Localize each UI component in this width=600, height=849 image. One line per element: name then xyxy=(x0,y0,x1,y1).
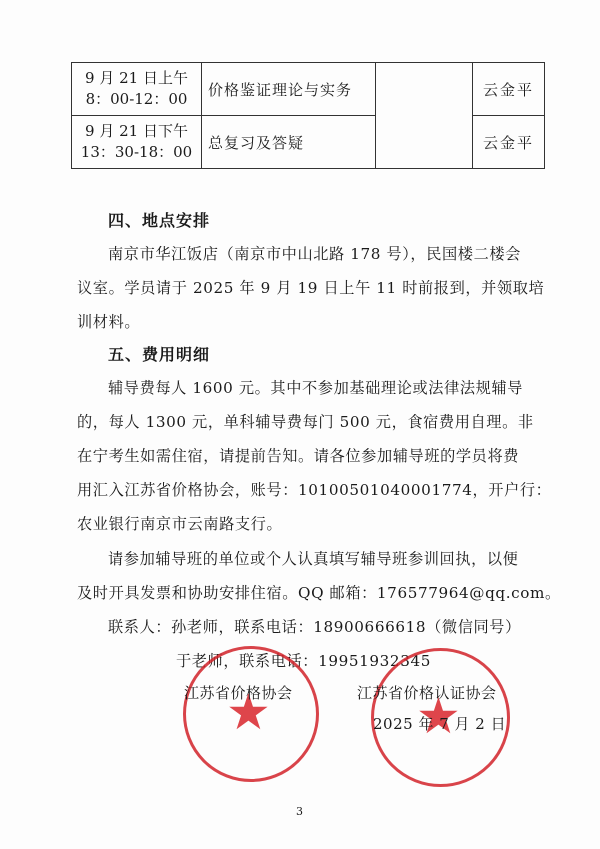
page-number: 3 xyxy=(296,805,303,818)
section-heading-fees: 五、费用明细 xyxy=(108,342,210,365)
table-row: 9 月 21 日下午 13：30-18：00 总复习及答疑 云金平 xyxy=(72,116,545,169)
section-heading-location: 四、地点安排 xyxy=(108,208,210,231)
time-cell: 9 月 21 日下午 13：30-18：00 xyxy=(72,116,202,169)
teacher-cell: 云金平 xyxy=(473,63,545,116)
teacher-cell: 云金平 xyxy=(473,116,545,169)
course-cell: 价格鉴证理论与实务 xyxy=(202,63,376,116)
schedule-table: 9 月 21 日上午 8：00-12：00 价格鉴证理论与实务 云金平 9 月 … xyxy=(71,62,545,169)
location-line: 训材料。 xyxy=(77,311,140,332)
signature-date: 2025 年 7 月 2 日 xyxy=(373,713,506,734)
signature-org-1: 江苏省价格协会 xyxy=(184,682,293,703)
table-row: 9 月 21 日上午 8：00-12：00 价格鉴证理论与实务 云金平 xyxy=(72,63,545,116)
time-date: 9 月 21 日下午 xyxy=(72,121,201,142)
fee-line: 用汇入江苏省价格协会，账号：10100501040001774，开户行： xyxy=(77,479,551,500)
fee-line: 的，每人 1300 元，单科辅导费每门 500 元，食宿费用自理。非 xyxy=(77,411,534,432)
fee-line: 辅导费每人 1600 元。其中不参加基础理论或法律法规辅导 xyxy=(108,377,523,398)
seal-price-association: ★ xyxy=(183,646,319,782)
fee-line: 在宁考生如需住宿，请提前告知。请各位参加辅导班的学员将费 xyxy=(77,445,519,466)
empty-merged-cell xyxy=(376,63,473,169)
location-line: 议室。学员请于 2025 年 9 月 19 日上午 11 时前报到，并领取培 xyxy=(77,277,544,298)
fee-line: 农业银行南京市云南路支行。 xyxy=(77,513,282,534)
receipt-line: 请参加辅导班的单位或个人认真填写辅导班参训回执，以便 xyxy=(108,548,518,569)
time-date: 9 月 21 日上午 xyxy=(72,68,201,89)
signature-org-2: 江苏省价格认证协会 xyxy=(357,682,497,703)
time-range: 8：00-12：00 xyxy=(72,89,201,110)
time-range: 13：30-18：00 xyxy=(72,142,201,163)
receipt-line: 及时开具发票和协助安排住宿。QQ 邮箱：176577964@qq.com。 xyxy=(77,582,561,603)
contact-line: 联系人：孙老师，联系电话：18900666618（微信同号） xyxy=(108,616,521,637)
location-line: 南京市华江饭店（南京市中山北路 178 号），民国楼二楼会 xyxy=(108,243,521,264)
course-cell: 总复习及答疑 xyxy=(202,116,376,169)
time-cell: 9 月 21 日上午 8：00-12：00 xyxy=(72,63,202,116)
